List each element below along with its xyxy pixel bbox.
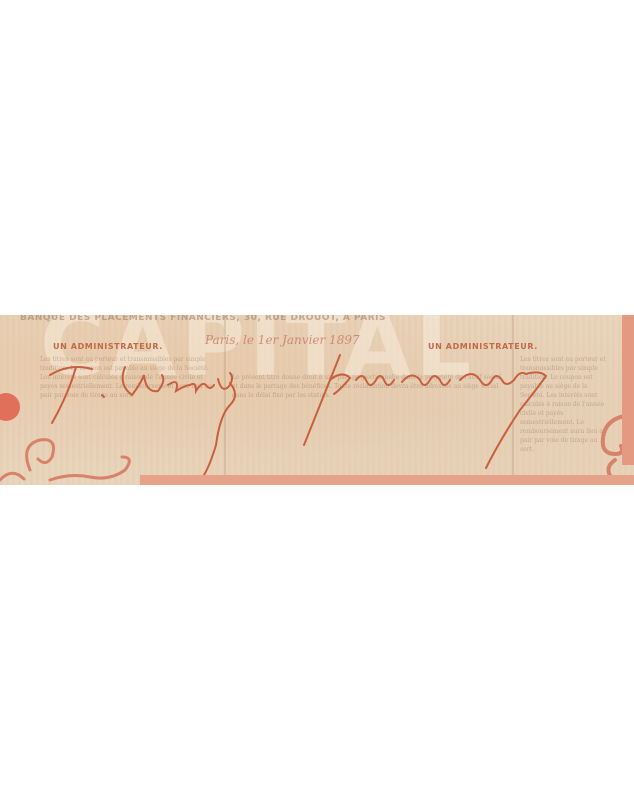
- issue-date: Paris, le 1er Janvier 1897: [205, 333, 360, 347]
- left-ornament: [0, 385, 140, 485]
- issuer-header: BANQUE DES PLACEMENTS FINANCIERS, 30, RU…: [20, 315, 386, 323]
- bottom-border: [140, 475, 634, 485]
- right-border: [622, 315, 634, 465]
- left-administrator-label: UN ADMINISTRATEUR.: [53, 342, 163, 351]
- certificate-strip: CAPITAL BANQUE DES PLACEMENTS FINANCIERS…: [0, 315, 634, 485]
- right-signature: Grimaud: [300, 350, 600, 480]
